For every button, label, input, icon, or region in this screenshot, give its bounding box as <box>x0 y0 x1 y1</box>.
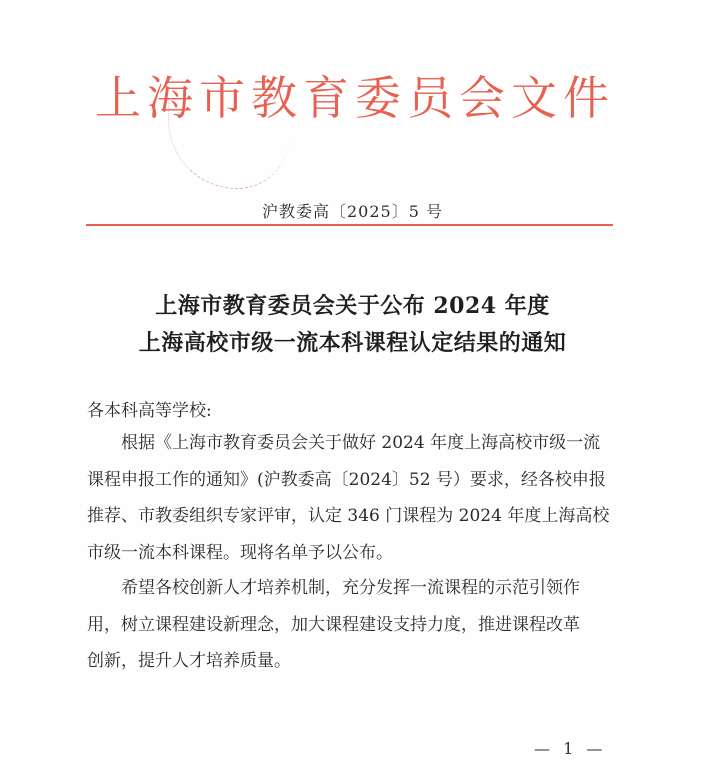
masthead-char: 教 <box>248 66 300 130</box>
paragraph-line: 用，树立课程建设新理念，加大课程建设支持力度，推进课程改革 <box>87 607 617 644</box>
notice-title-line-2: 上海高校市级一流本科课程认定结果的通知 <box>0 326 705 357</box>
masthead-char: 文 <box>508 66 560 130</box>
paragraph-1: 根据《上海市教育委员会关于做好 2024 年度上海高校市级一流 课程申报工作的通… <box>87 425 617 571</box>
notice-title-line-1: 上海市教育委员会关于公布 2024 年度 <box>0 289 705 320</box>
paragraph-line: 希望各校创新人才培养机制，充分发挥一流课程的示范引领作 <box>87 570 617 607</box>
masthead-char: 上 <box>92 66 144 130</box>
paragraph-2: 希望各校创新人才培养机制，充分发挥一流课程的示范引领作 用，树立课程建设新理念，… <box>87 570 617 680</box>
paragraph-line: 课程申报工作的通知》(沪教委高〔2024〕52 号）要求，经各校申报 <box>87 462 617 499</box>
masthead-char: 委 <box>352 66 404 130</box>
document-page: 上 海 市 教 育 委 员 会 文 件 沪教委高〔2025〕5 号 上海市教育委… <box>0 0 705 774</box>
document-number: 沪教委高〔2025〕5 号 <box>0 199 705 222</box>
masthead-char: 育 <box>300 66 352 130</box>
masthead-char: 件 <box>560 66 612 130</box>
salutation: 各本科高等学校: <box>87 393 617 429</box>
paragraph-line: 根据《上海市教育委员会关于做好 2024 年度上海高校市级一流 <box>87 425 617 462</box>
paragraph-line: 推荐、市教委组织专家评审，认定 346 门课程为 2024 年度上海高校 <box>87 498 617 535</box>
masthead-char: 市 <box>196 66 248 130</box>
red-divider-rule <box>86 224 613 226</box>
page-number: — 1 — <box>534 739 606 758</box>
masthead-title: 上 海 市 教 育 委 员 会 文 件 <box>92 66 612 130</box>
paragraph-line: 创新，提升人才培养质量。 <box>87 643 617 680</box>
masthead-char: 会 <box>456 66 508 130</box>
paragraph-line: 市级一流本科课程。现将名单予以公布。 <box>87 535 617 572</box>
masthead-char: 员 <box>404 66 456 130</box>
masthead-char: 海 <box>144 66 196 130</box>
